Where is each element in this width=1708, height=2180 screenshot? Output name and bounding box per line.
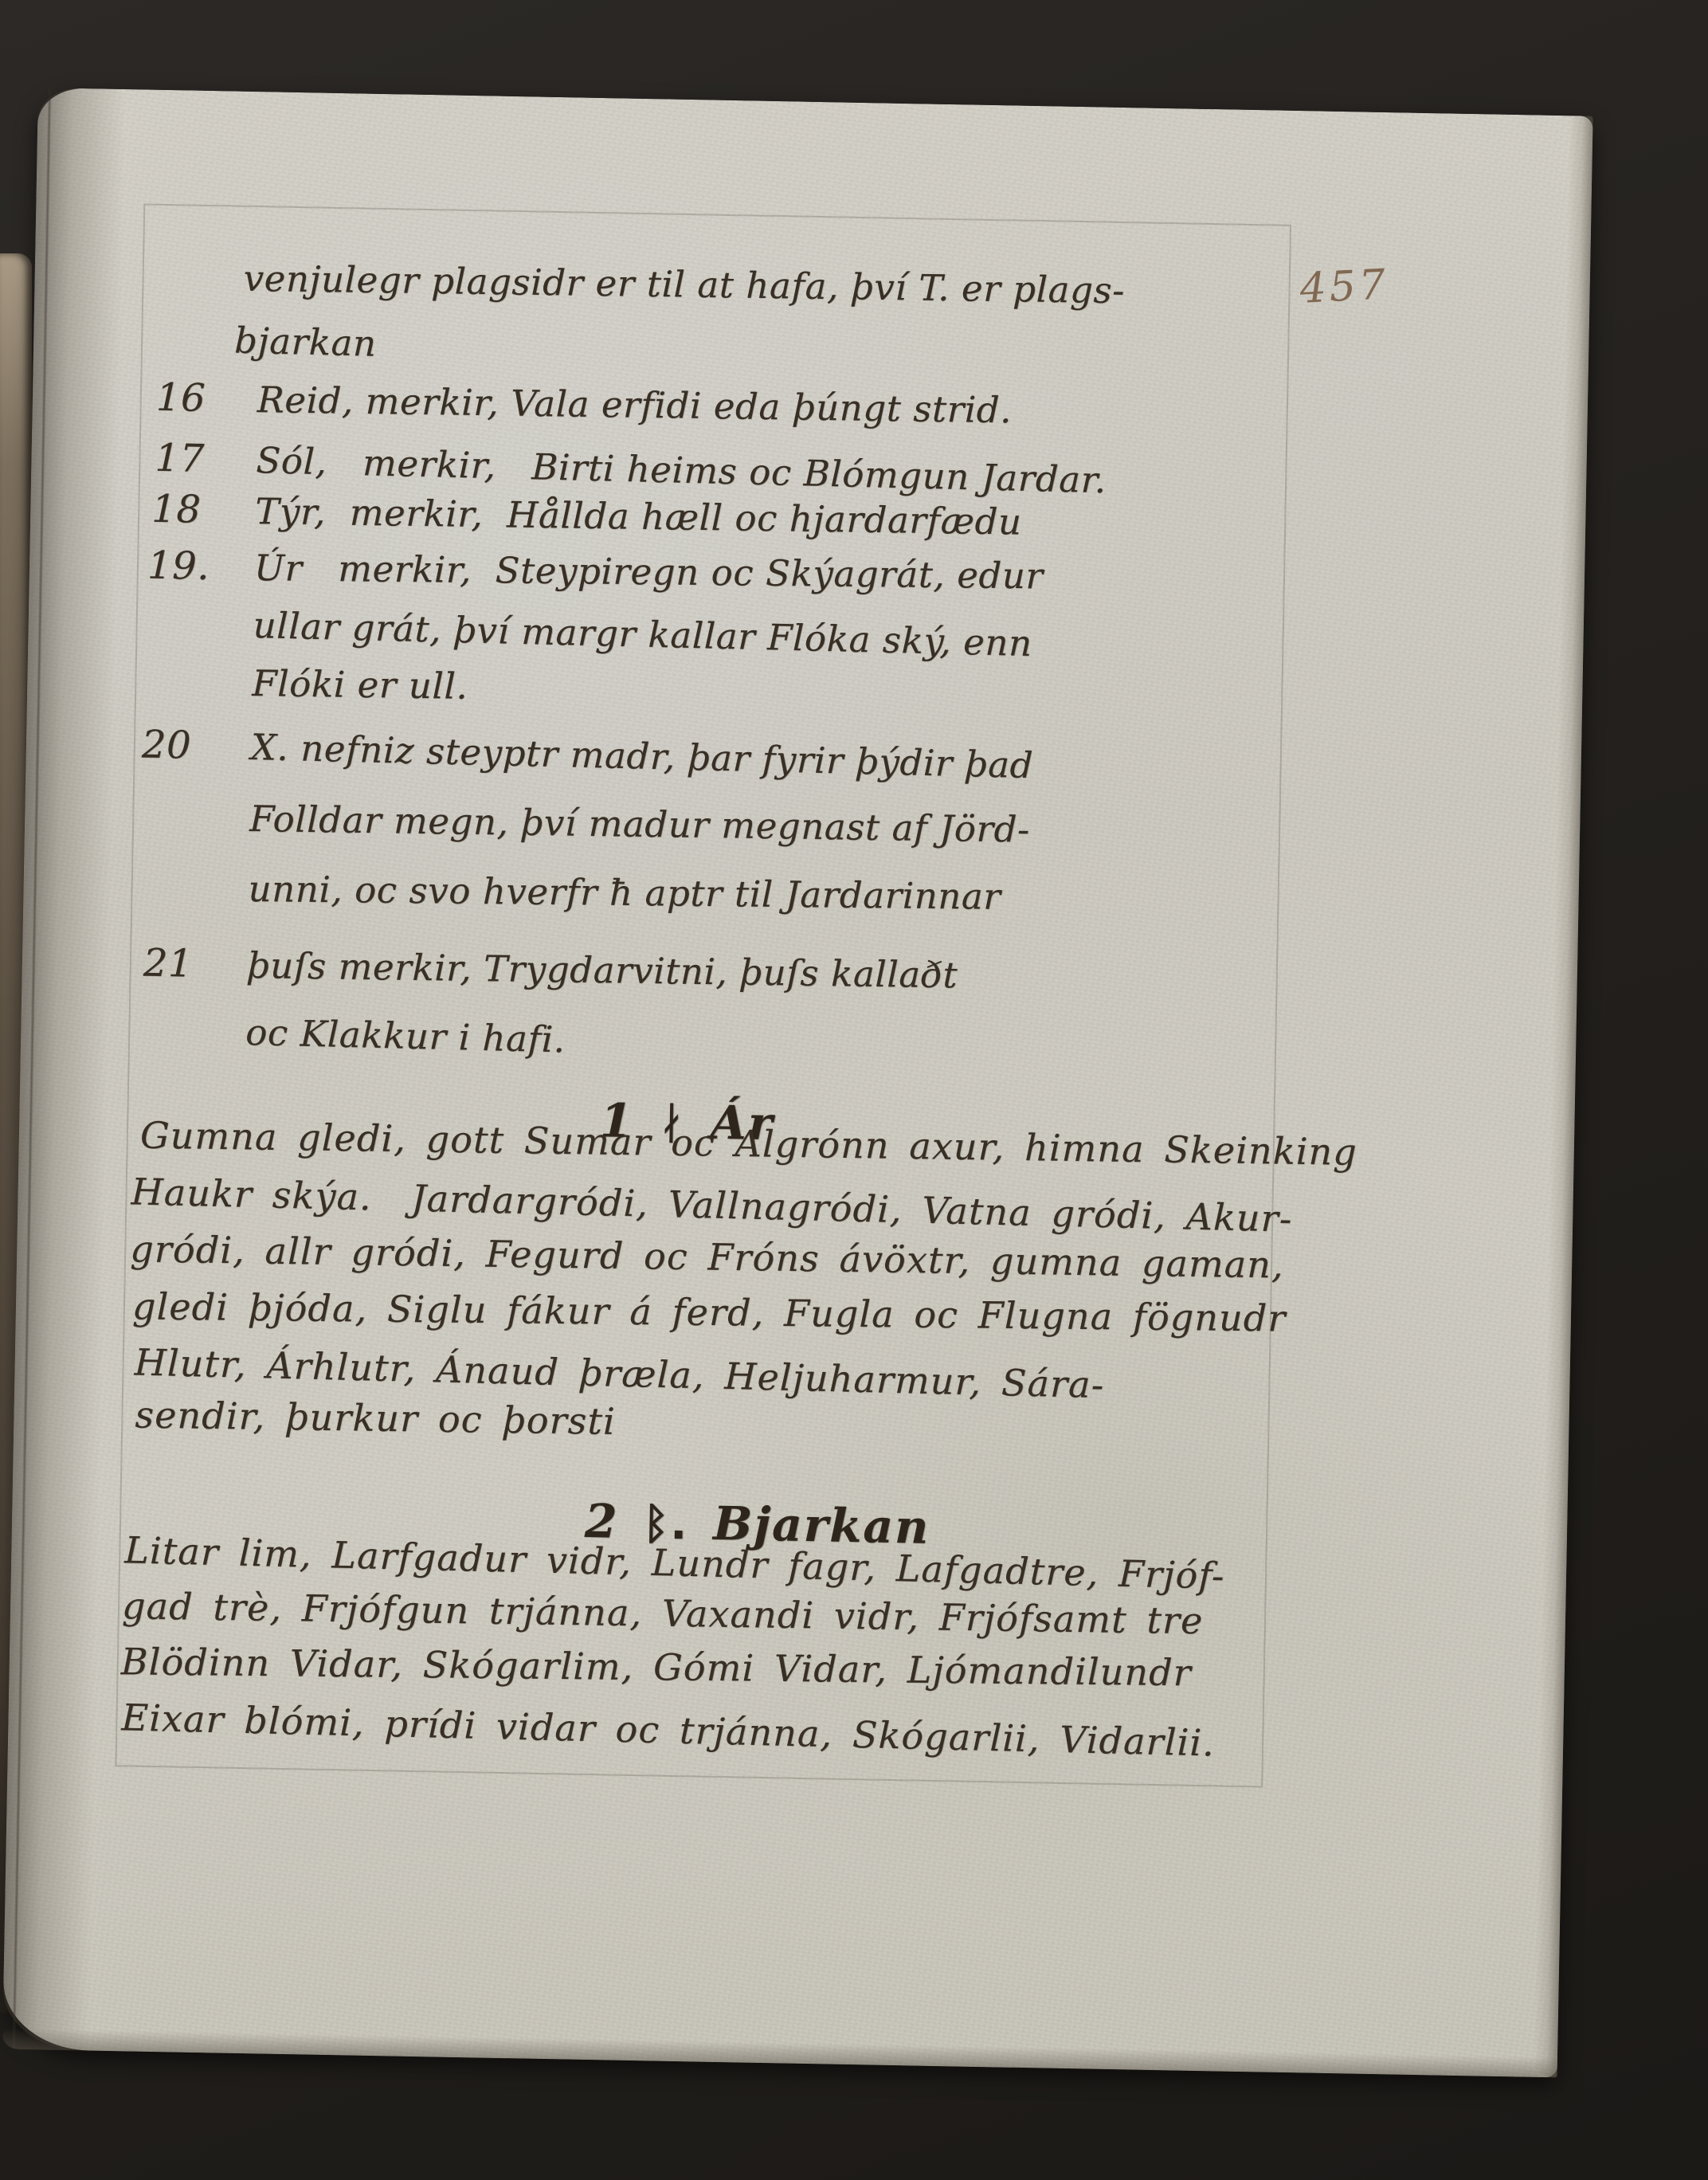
item-line: oc Klakkur i hafi. xyxy=(245,1014,566,1057)
paragraph-line: Gumna gledi, gott Sumar oc Algrónn axur,… xyxy=(140,1117,1357,1170)
page-edge-shadow-right xyxy=(1534,116,1593,2077)
manuscript-page: 457 venjulegr plagsidr er til at hafa, þ… xyxy=(2,88,1593,2077)
item-line: Reid, merkir, Vala erfidi eda þúngt stri… xyxy=(257,382,1013,428)
item-line: Folldar megn, því madur megnast af Jörd- xyxy=(249,801,1030,848)
intro-line: venjulegr plagsidr er til at hafa, því T… xyxy=(243,261,1125,308)
item-line: Úr merkir, Steypiregn oc Skýagrát, edur xyxy=(254,550,1044,594)
paragraph-line: Blödinn Vidar, Skógarlim, Gómi Vidar, Lj… xyxy=(121,1643,1192,1691)
folio-number: 457 xyxy=(1299,261,1389,313)
item-number: 18 xyxy=(151,490,202,529)
item-number: 16 xyxy=(155,378,206,418)
item-number: 21 xyxy=(143,944,193,983)
item-line: Flóki er ull. xyxy=(252,665,468,704)
item-line: Sól, merkir, Birti heims oc Blómgun Jard… xyxy=(256,442,1107,498)
item-line: ullar grát, því margr kallar Flóka ský, … xyxy=(253,607,1032,661)
item-line: X. nefniz steyptr madr, þar fyrir þýdir … xyxy=(250,729,1033,783)
item-number: 19. xyxy=(147,547,210,586)
paragraph-line: gródi, allr gródi, Fegurd oc Fróns ávöxt… xyxy=(130,1230,1284,1283)
item-line: unni, oc svo hverfr ħ aptr til Jardarinn… xyxy=(248,871,1001,915)
item-number: 17 xyxy=(155,439,205,478)
paragraph-line: Eixar blómi, prídi vidar oc trjánna, Skó… xyxy=(121,1699,1215,1761)
paragraph-line: sendir, þurkur oc þorsti xyxy=(135,1397,616,1440)
item-number: 20 xyxy=(141,726,191,765)
paragraph-line: gledi þjóda, Siglu fákur á ferd, Fugla o… xyxy=(132,1288,1287,1336)
item-line: Týr, merkir, Hållda hæll oc hjardarfædu xyxy=(255,493,1022,539)
item-line: þuſs merkir, Trygdarvitni, þuſs kallaðt xyxy=(247,947,958,993)
paragraph-line: gad trè, Frjófgun trjánna, Vaxandi vidr,… xyxy=(122,1587,1204,1639)
scanned-manuscript: { "page": { "folio_number": "457", "intr… xyxy=(0,0,1708,2180)
page-edge-shadow-bottom xyxy=(2,2029,1557,2078)
paragraph-line: Hlutr, Árhlutr, Ánaud þræla, Heljuharmur… xyxy=(134,1343,1105,1403)
intro-line: bjarkan xyxy=(234,323,377,362)
